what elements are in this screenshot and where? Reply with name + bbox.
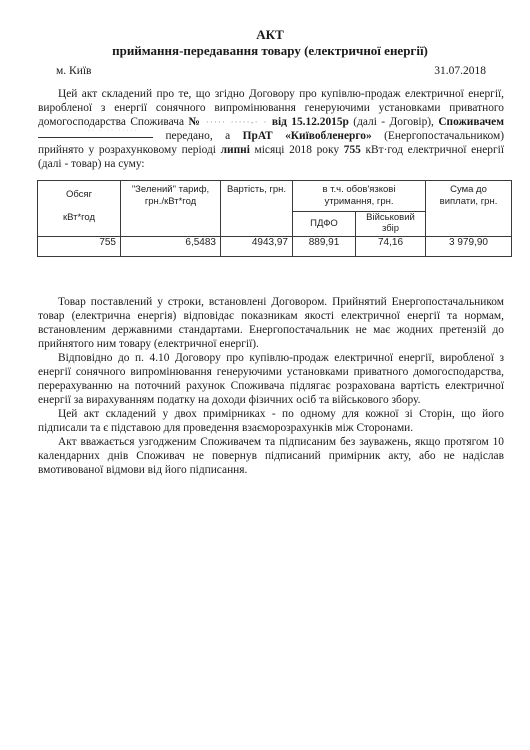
header-deductions: в т.ч. обов'язкові утримання, грн. bbox=[293, 181, 426, 212]
header-military-levy: Військовий збір bbox=[356, 211, 426, 236]
header-cost: Вартість, грн. bbox=[221, 181, 293, 237]
header-tariff: "Зелений" тариф, грн./кВт*год bbox=[121, 181, 221, 237]
energy-volume: 755 bbox=[344, 144, 361, 156]
cell-payout: 3 979,90 bbox=[426, 237, 512, 257]
document-title: АКТ bbox=[5, 27, 530, 42]
supplier-name: ПрАТ «Київобленерго» bbox=[243, 130, 372, 142]
cell-tariff: 6,5483 bbox=[121, 237, 221, 257]
intro-text-2: (далі - Договір), bbox=[349, 116, 438, 128]
header-volume: Обсяг кВт*год bbox=[38, 181, 121, 237]
paragraph-goods-quality: Товар поставлений у строки, встановлені … bbox=[38, 295, 504, 351]
consumer-label: Споживачем bbox=[438, 116, 504, 128]
cell-pdfo: 889,91 bbox=[293, 237, 356, 257]
intro-paragraph: Цей акт складений про те, що згідно Дого… bbox=[38, 87, 504, 171]
paragraph-copies: Цей акт складений у двох примірниках - п… bbox=[38, 407, 504, 435]
consumer-name-redacted: ·· · ·· ····· bbox=[38, 128, 153, 138]
paragraph-payment-terms: Відповідно до п. 4.10 Договору про купів… bbox=[38, 351, 504, 407]
header-payout: Сума до виплати, грн. bbox=[426, 181, 512, 237]
document-subtitle: приймання-передавання товару (електрично… bbox=[5, 43, 530, 58]
act-document-page: АКТ приймання-передавання товару (електр… bbox=[0, 0, 530, 750]
contract-date: від 15.12.2015р bbox=[272, 116, 349, 128]
table-row: 755 6,5483 4943,97 889,91 74,16 3 979,90 bbox=[38, 237, 512, 257]
intro-text-3: передано, а bbox=[153, 130, 243, 142]
paragraph-acceptance: Акт вважається узгодженим Споживачем та … bbox=[38, 435, 504, 477]
document-date: 31.07.2018 bbox=[434, 65, 486, 77]
cell-military-levy: 74,16 bbox=[356, 237, 426, 257]
billing-month: липні bbox=[221, 144, 250, 156]
contract-number-label: № bbox=[188, 116, 201, 128]
intro-text-5: місяці 2018 року bbox=[250, 144, 344, 156]
cell-cost: 4943,97 bbox=[221, 237, 293, 257]
document-city: м. Київ bbox=[56, 65, 91, 77]
contract-number-redacted: ····· ·····-· · bbox=[206, 117, 268, 127]
energy-settlement-table: Обсяг кВт*год "Зелений" тариф, грн./кВт*… bbox=[37, 180, 512, 257]
header-pdfo: ПДФО bbox=[293, 211, 356, 236]
cell-volume: 755 bbox=[38, 237, 121, 257]
